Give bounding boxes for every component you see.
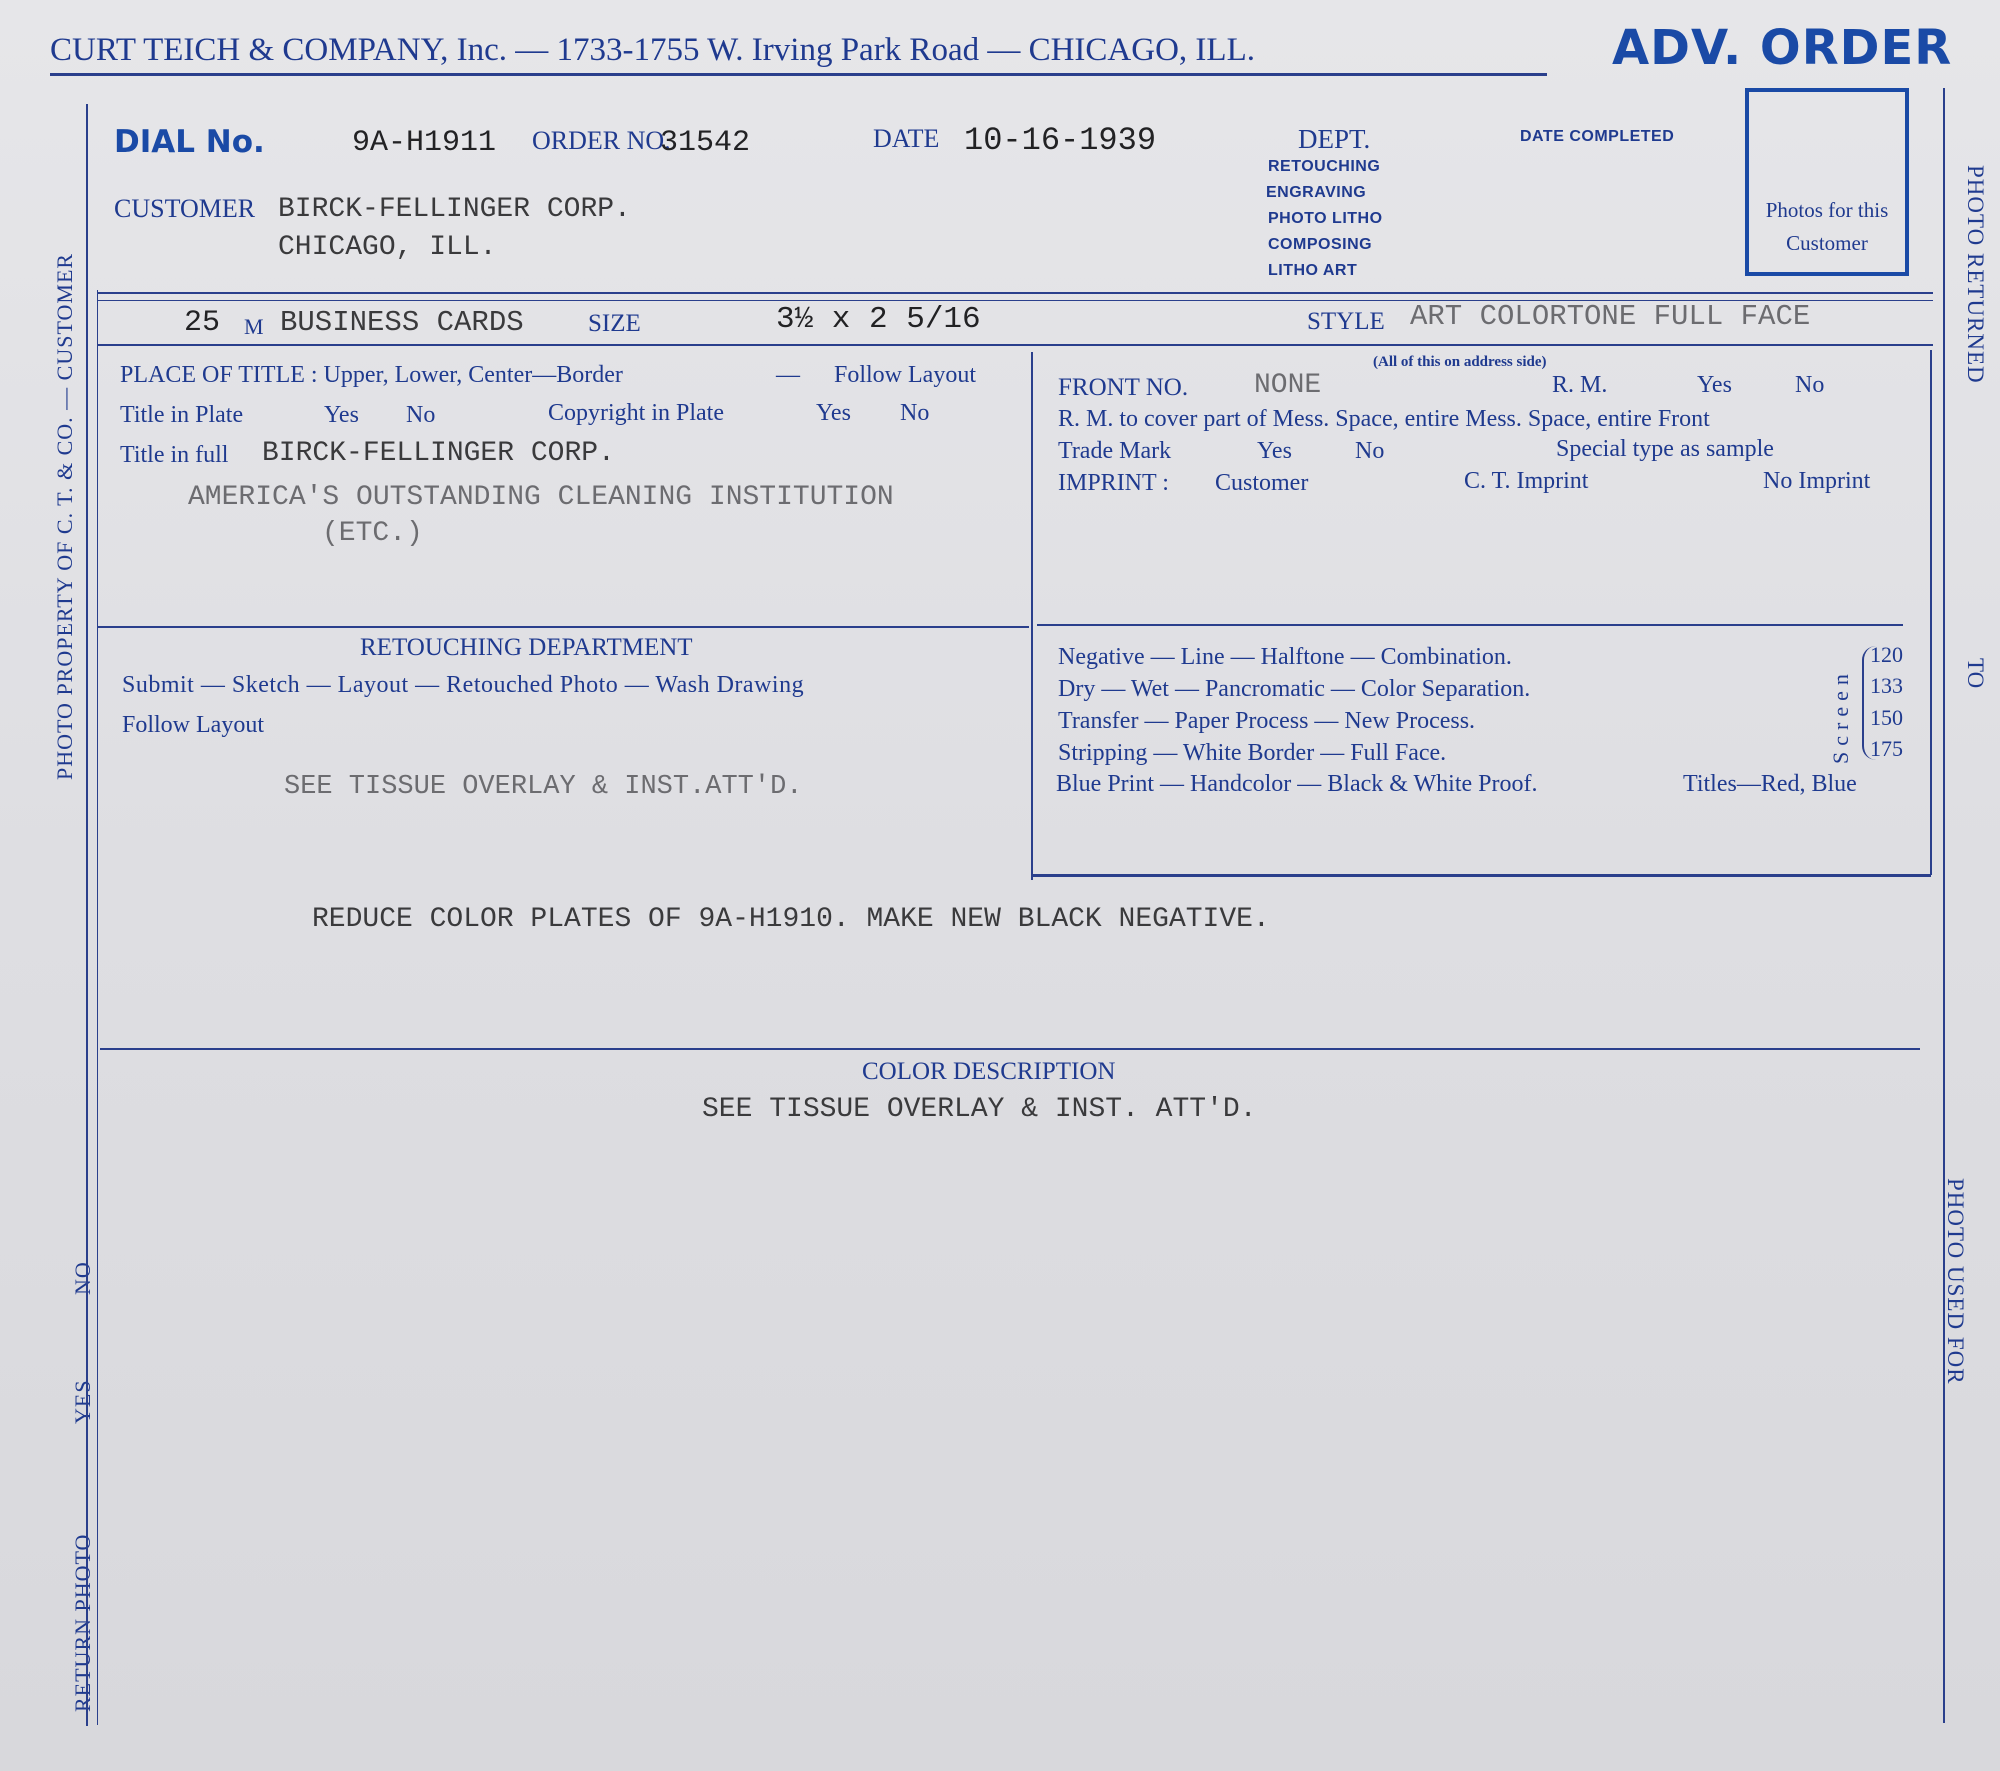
section-divider-3-right	[1037, 624, 1903, 626]
section-divider-5	[100, 1048, 1920, 1050]
customer-name[interactable]: BIRCK-FELLINGER CORP.	[278, 194, 631, 225]
retouching-heading: RETOUCHING DEPARTMENT	[360, 634, 693, 662]
order-form-paper: CURT TEICH & COMPANY, Inc. — 1733-1755 W…	[0, 0, 2000, 1771]
title-in-plate-label: Title in Plate	[120, 402, 243, 429]
title-in-plate-yes[interactable]: Yes	[324, 402, 359, 429]
section-divider-1a	[97, 292, 1933, 294]
photos-for-customer-box: Photos for this Customer	[1745, 88, 1909, 276]
dept-option-engraving[interactable]: ENGRAVING	[1266, 184, 1366, 202]
negative-line-4[interactable]: Stripping — White Border — Full Face.	[1058, 740, 1446, 767]
margin-photo-used-for: PHOTO USED FOR	[1942, 1178, 1968, 1385]
rm-no[interactable]: No	[1795, 372, 1824, 399]
dial-label: DIAL No.	[114, 124, 265, 160]
titles-colors[interactable]: Titles—Red, Blue	[1683, 771, 1857, 798]
retouching-follow-layout[interactable]: Follow Layout	[122, 712, 264, 739]
margin-photo-property: PHOTO PROPERTY OF C. T. & CO. — CUSTOMER	[52, 253, 78, 780]
color-description-text[interactable]: SEE TISSUE OVERLAY & INST. ATT'D.	[702, 1094, 1257, 1125]
dial-value[interactable]: 9A-H1911	[352, 126, 496, 160]
column-divider	[1031, 352, 1033, 880]
screen-133[interactable]: 133	[1870, 673, 1903, 699]
imprint-customer[interactable]: Customer	[1215, 470, 1308, 497]
copyright-in-plate-no[interactable]: No	[900, 400, 929, 427]
trade-mark-yes[interactable]: Yes	[1257, 438, 1292, 465]
margin-photo-returned: PHOTO RETURNED	[1962, 165, 1988, 384]
title-line-3[interactable]: (ETC.)	[322, 518, 423, 549]
customer-city[interactable]: CHICAGO, ILL.	[278, 232, 496, 263]
section-divider-2	[97, 344, 1933, 346]
dept-option-photo-litho[interactable]: PHOTO LITHO	[1268, 210, 1383, 228]
place-of-title-dash: —	[776, 362, 800, 389]
negative-line-5[interactable]: Blue Print — Handcolor — Black & White P…	[1056, 771, 1538, 798]
dept-option-litho-art[interactable]: LITHO ART	[1268, 262, 1357, 280]
margin-to: TO	[1962, 658, 1988, 688]
order-value[interactable]: 31542	[660, 126, 750, 160]
address-side-note: (All of this on address side)	[1373, 354, 1547, 371]
date-completed-label: DATE COMPLETED	[1520, 128, 1674, 146]
header-underline	[50, 73, 1547, 76]
copyright-in-plate-label: Copyright in Plate	[548, 400, 724, 427]
place-follow-layout[interactable]: Follow Layout	[834, 362, 976, 389]
quantity-unit: M	[244, 314, 264, 340]
place-of-title: PLACE OF TITLE : Upper, Lower, Center—Bo…	[120, 362, 623, 389]
front-no-value[interactable]: NONE	[1254, 370, 1321, 401]
date-label: DATE	[873, 124, 939, 154]
right-border-line	[1943, 88, 1945, 1723]
form-title: ADV. ORDER	[1612, 20, 1952, 76]
special-type-option[interactable]: Special type as sample	[1556, 436, 1774, 463]
screen-120[interactable]: 120	[1870, 642, 1903, 668]
retouching-options[interactable]: Submit — Sketch — Layout — Retouched Pho…	[122, 672, 804, 699]
imprint-none[interactable]: No Imprint	[1763, 468, 1870, 495]
copyright-in-plate-yes[interactable]: Yes	[816, 400, 851, 427]
left-inner-line	[97, 290, 98, 1725]
margin-return-yes[interactable]: YES	[70, 1379, 96, 1424]
screen-150[interactable]: 150	[1870, 705, 1903, 731]
customer-label: CUSTOMER	[114, 194, 255, 224]
size-label: SIZE	[588, 310, 641, 338]
color-description-heading: COLOR DESCRIPTION	[862, 1058, 1116, 1086]
date-value[interactable]: 10-16-1939	[964, 122, 1156, 159]
product-value[interactable]: BUSINESS CARDS	[280, 306, 524, 339]
rm-label: R. M.	[1552, 372, 1607, 399]
order-label: ORDER NO.	[532, 126, 671, 156]
screen-175[interactable]: 175	[1870, 736, 1903, 762]
negative-line-2[interactable]: Dry — Wet — Pancromatic — Color Separati…	[1058, 676, 1530, 703]
front-no-label: FRONT NO.	[1058, 374, 1188, 402]
margin-return-photo: RETURN PHOTO	[70, 1534, 96, 1712]
dept-label: DEPT.	[1298, 124, 1370, 155]
imprint-ct[interactable]: C. T. Imprint	[1464, 468, 1588, 495]
imprint-label: IMPRINT :	[1058, 470, 1169, 497]
section-divider-3-left	[97, 626, 1029, 628]
screen-label: Screen	[1828, 668, 1854, 764]
negative-line-1[interactable]: Negative — Line — Halftone — Combination…	[1058, 644, 1512, 671]
title-in-plate-no[interactable]: No	[406, 402, 435, 429]
quantity-value[interactable]: 25	[184, 306, 220, 340]
title-in-full-label: Title in full	[120, 442, 228, 469]
title-line-2[interactable]: AMERICA'S OUTSTANDING CLEANING INSTITUTI…	[188, 482, 894, 513]
style-value[interactable]: ART COLORTONE FULL FACE	[1410, 300, 1810, 333]
margin-return-no[interactable]: NO	[70, 1261, 96, 1295]
dept-option-retouching[interactable]: RETOUCHING	[1268, 158, 1380, 176]
negative-line-3[interactable]: Transfer — Paper Process — New Process.	[1058, 708, 1475, 735]
right-inner-line	[1930, 350, 1932, 875]
instructions-text[interactable]: REDUCE COLOR PLATES OF 9A-H1910. MAKE NE…	[312, 904, 1270, 935]
style-label: STYLE	[1307, 308, 1385, 336]
trade-mark-no[interactable]: No	[1355, 438, 1384, 465]
company-header: CURT TEICH & COMPANY, Inc. — 1733-1755 W…	[50, 32, 1255, 69]
photos-box-label: Photos for this Customer	[1749, 194, 1905, 260]
title-in-full-value[interactable]: BIRCK-FELLINGER CORP.	[262, 438, 615, 469]
section-divider-4	[1031, 874, 1931, 877]
dept-option-composing[interactable]: COMPOSING	[1268, 236, 1372, 254]
rm-cover-options[interactable]: R. M. to cover part of Mess. Space, enti…	[1058, 406, 1710, 433]
rm-yes[interactable]: Yes	[1697, 372, 1732, 399]
size-value[interactable]: 3½ x 2 5/16	[776, 302, 981, 337]
retouching-note[interactable]: SEE TISSUE OVERLAY & INST.ATT'D.	[284, 772, 802, 802]
trade-mark-label: Trade Mark	[1058, 438, 1171, 465]
left-border-line	[86, 104, 88, 1726]
